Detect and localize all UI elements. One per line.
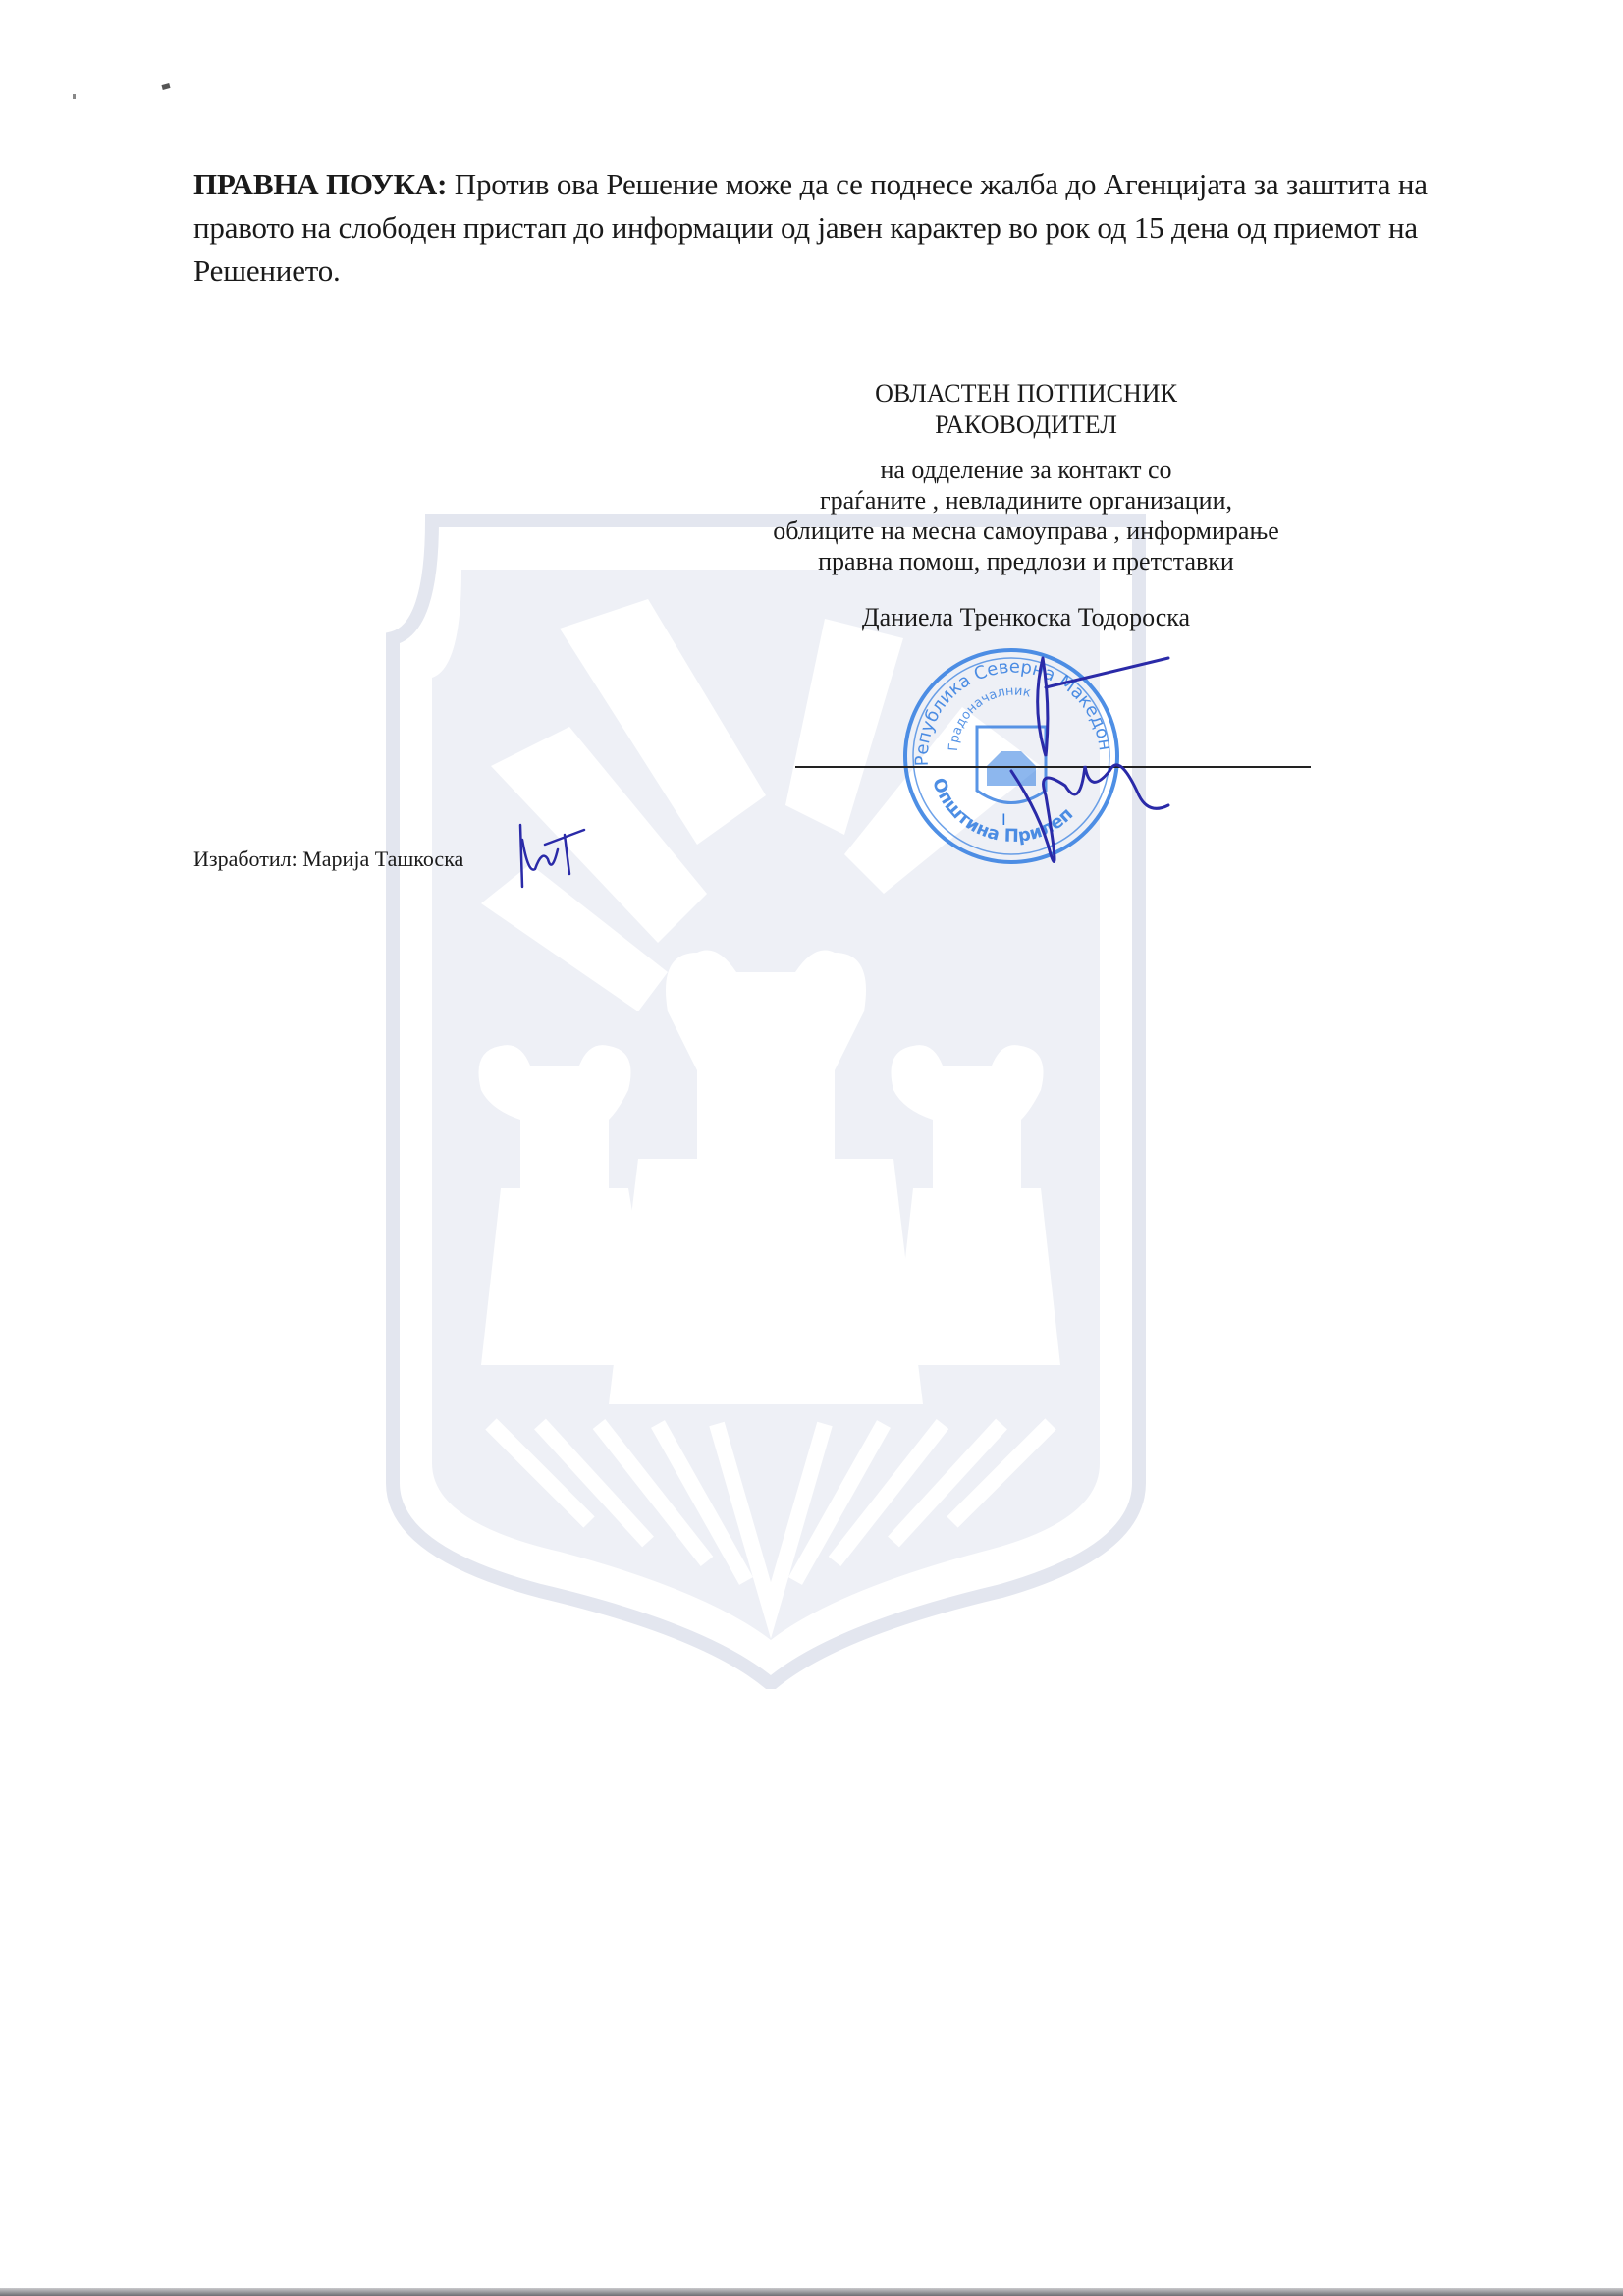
signatory-title-line: РАКОВОДИТЕЛ	[687, 410, 1365, 441]
signatory-title: ОВЛАСТЕН ПОТПИСНИК РАКОВОДИТЕЛ	[687, 378, 1365, 441]
signatory-name: Даниела Тренкоска Тодороска	[687, 602, 1365, 633]
scan-speck	[73, 94, 76, 99]
legal-notice-label: ПРАВНА ПОУКА:	[193, 167, 447, 201]
department-line: облиците на месна самоуправа , информира…	[687, 516, 1365, 546]
document-page: ПРАВНА ПОУКА: Против ова Решение може да…	[0, 0, 1623, 2296]
signatory-department: на одделение за контакт со граѓаните , н…	[687, 455, 1365, 576]
prepared-by: Изработил: Марија Ташкоска	[193, 845, 463, 874]
prepared-by-name: Марија Ташкоска	[302, 847, 463, 871]
scan-speck	[161, 83, 170, 90]
initials-signature-icon	[511, 820, 589, 889]
scan-edge	[0, 2288, 1623, 2296]
handwritten-signature-icon	[992, 648, 1188, 884]
department-line: граѓаните , невладините организации,	[687, 485, 1365, 516]
authorized-signatory-block: ОВЛАСТЕН ПОТПИСНИК РАКОВОДИТЕЛ на одделе…	[687, 378, 1365, 633]
department-line: правна помош, предлози и претставки	[687, 546, 1365, 576]
signatory-title-line: ОВЛАСТЕН ПОТПИСНИК	[687, 378, 1365, 410]
prepared-by-label: Изработил:	[193, 847, 298, 871]
legal-notice: ПРАВНА ПОУКА: Против ова Решение може да…	[193, 163, 1460, 293]
department-line: на одделение за контакт со	[687, 455, 1365, 485]
